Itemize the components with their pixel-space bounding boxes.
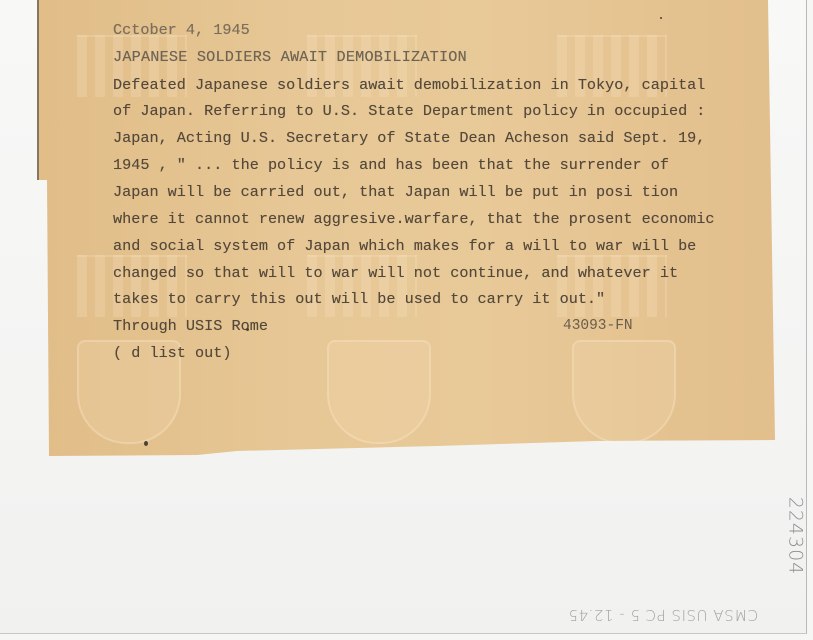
body-line: where it cannot renew aggresive.warfare,… [113,212,715,227]
pencil-catalog-number: 224304 [784,497,806,576]
body-line: of Japan. Referring to U.S. State Depart… [113,104,705,119]
caption-slip [37,0,775,456]
body-line: takes to carry this out will be used to … [113,292,605,307]
source-line: Through USIS Rome [113,319,268,334]
note-line: ( d list out) [113,346,231,361]
pencil-archive-note: CMSA USIS PC 5 - 12.45 [568,606,758,624]
watermark-crest [572,340,676,444]
body-line: changed so that will to war will not con… [113,266,678,281]
slip-edge-shadow [37,0,39,180]
watermark-crest [327,340,431,444]
scanned-archive-photo-card: Cctober 4, 1945 JAPANESE SOLDIERS AWAIT … [0,0,813,640]
ink-speck [246,328,249,331]
body-line: Japan will be carried out, that Japan wi… [113,185,678,200]
ink-speck [144,441,148,446]
reference-number: 43093-FN [563,318,633,334]
headline: JAPANESE SOLDIERS AWAIT DEMOBILIZATION [113,50,467,65]
ink-speck [660,17,662,19]
body-line: and social system of Japan which makes f… [113,239,696,254]
body-line: Japan, Acting U.S. Secretary of State De… [113,131,705,146]
body-line: 1945 , " ... the policy is and has been … [113,158,669,173]
date-line: Cctober 4, 1945 [113,23,250,38]
body-line: Defeated Japanese soldiers await demobil… [113,78,705,93]
